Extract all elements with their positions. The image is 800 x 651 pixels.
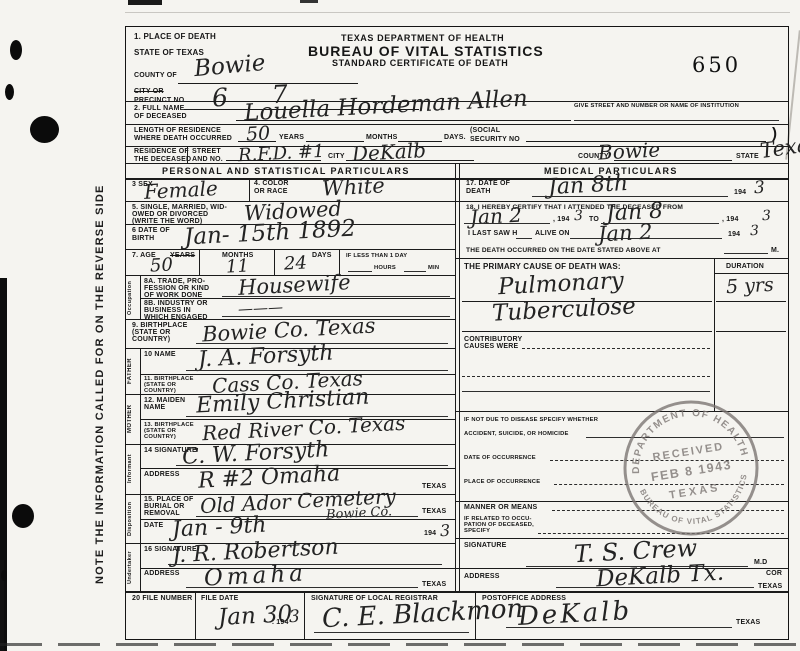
- scan-top-mark: [128, 0, 162, 5]
- length-label-2: WHERE DEATH OCCURRED: [134, 135, 232, 143]
- last-saw-year-printed: 194: [728, 231, 740, 239]
- burial-year-printed: 194: [424, 530, 436, 538]
- from-year-printed: , 194: [553, 216, 570, 224]
- cor-label: COR: [766, 570, 782, 578]
- related-label-3: SPECIFY: [464, 528, 490, 535]
- city-or-label: CITY OR: [134, 88, 164, 96]
- county-label: COUNTY OF: [134, 72, 177, 80]
- age-days-value: 24: [283, 252, 307, 274]
- last-saw-year: 3: [750, 223, 760, 239]
- state-value: Texas: [759, 131, 800, 163]
- hole-punch: [12, 504, 34, 528]
- paper-top-edge: [125, 12, 790, 13]
- addr16-texas: TEXAS: [422, 581, 446, 589]
- stamp-texas: TEXAS: [668, 482, 721, 502]
- ssn-label-2: SECURITY NO: [470, 136, 520, 144]
- maiden-label-2: NAME: [144, 404, 165, 412]
- attended-from-value: Jan 2: [469, 203, 522, 230]
- file-date-label: FILE DATE: [201, 595, 238, 603]
- full-name-label-2: OF DECEASED: [134, 113, 187, 121]
- to-year: 3: [762, 208, 772, 224]
- death-certificate-form: 1. PLACE OF DEATH STATE OF TEXAS COUNTY …: [125, 26, 789, 640]
- sex-value: Female: [143, 176, 218, 204]
- duration-label: DURATION: [726, 263, 764, 271]
- received-stamp: DEPARTMENT OF HEALTH BUREAU OF VITAL STA…: [610, 387, 772, 549]
- file-date-year-printed: . 194: [272, 619, 289, 627]
- dod-label-2: DEATH: [466, 188, 491, 196]
- m-label: M.: [771, 247, 779, 255]
- hole-punch: [5, 84, 14, 100]
- certificate-number: 650: [692, 53, 741, 77]
- if-less-label: IF LESS THAN 1 DAY: [346, 253, 407, 260]
- duration-value: 5 yrs: [725, 274, 774, 298]
- dob-label-2: BIRTH: [132, 235, 154, 243]
- physician-signature-label: SIGNATURE: [464, 542, 507, 550]
- hole-punch: [10, 40, 22, 60]
- father-name-label: 10 NAME: [144, 351, 176, 359]
- age-days-label: DAYS: [312, 252, 332, 260]
- reverse-side-note: NOTE THE INFORMATION CALLED FOR ON THE R…: [94, 148, 116, 620]
- age-years-label: YEARS: [170, 252, 195, 260]
- burial-texas: TEXAS: [422, 508, 446, 516]
- date-occurrence-label: DATE OF OCCURRENCE: [464, 455, 536, 462]
- postoffice-texas: TEXAS: [736, 619, 760, 627]
- to-year-printed: , 194: [722, 216, 739, 224]
- mother-bp-label-3: COUNTRY): [144, 434, 176, 441]
- manner-label: MANNER OR MEANS: [464, 504, 537, 512]
- undertaker-vertical-label: Undertaker: [127, 545, 133, 589]
- mother-vertical-label: MOTHER: [127, 399, 133, 439]
- disposition-vertical-label: Disposition: [127, 496, 133, 541]
- last-saw-label-2: ALIVE ON: [535, 230, 570, 238]
- hole-punch: [30, 116, 59, 143]
- if-not-due-label: IF NOT DUE TO DISEASE SPECIFY WHETHER: [464, 417, 598, 424]
- file-date-year: 3: [288, 607, 300, 628]
- occupation-vertical-label: Occupation: [127, 277, 133, 318]
- addr14-texas: TEXAS: [422, 483, 446, 491]
- days-label: DAYS.: [444, 134, 466, 142]
- accident-label: ACCIDENT, SUICIDE, OR HOMICIDE: [464, 431, 569, 438]
- addr16-label: ADDRESS: [144, 570, 180, 578]
- color-label-2: OR RACE: [254, 188, 288, 196]
- institution-note: GIVE STREET AND NUMBER OR NAME OF INSTIT…: [574, 103, 739, 110]
- father-vertical-label: FATHER: [127, 351, 133, 391]
- birthplace-label-3: COUNTRY): [132, 336, 170, 344]
- dob-value: Jan- 15th 1892: [183, 216, 356, 251]
- city-value: DeKalb: [351, 138, 426, 166]
- physician-address-label: ADDRESS: [464, 573, 500, 581]
- place-occurrence-label: PLACE OF OCCURRENCE: [464, 479, 540, 486]
- scan-top-mark: [300, 0, 318, 3]
- hours-label: HOURS: [374, 265, 396, 272]
- from-year: 3: [574, 208, 584, 224]
- state-label: STATE: [736, 153, 759, 161]
- last-saw-label-1: I LAST SAW H: [468, 230, 517, 238]
- dod-year-printed: 194: [734, 189, 746, 197]
- contributory-label-2: CAUSES WERE: [464, 343, 518, 351]
- age-years-value: 50: [149, 254, 173, 276]
- min-label: MIN: [428, 265, 439, 272]
- addr14-label: ADDRESS: [144, 471, 180, 479]
- dod-year: 3: [753, 178, 765, 199]
- ssn-label-1: (SOCIAL: [470, 127, 500, 135]
- burial-date-value: Jan - 9th: [171, 513, 267, 543]
- city-label: CITY: [328, 153, 345, 161]
- md-label: M.D: [754, 559, 767, 567]
- county-value: Bowie: [193, 50, 266, 82]
- file-number-label: 20 FILE NUMBER: [132, 595, 192, 603]
- burial-date-label: DATE: [144, 522, 163, 530]
- death-occurred-label: THE DEATH OCCURRED ON THE DATE STATED AB…: [466, 247, 661, 255]
- standard-title: STANDARD CERTIFICATE OF DEATH: [332, 58, 508, 69]
- hole-punch: [1, 570, 7, 581]
- scan-bottom-edge: [0, 643, 800, 646]
- informant-vertical-label: Informant: [127, 447, 133, 491]
- last-saw-value: Jan 2: [597, 220, 653, 247]
- place-of-death-label: 1. PLACE OF DEATH: [134, 32, 216, 42]
- burial-date-year: 3: [440, 521, 451, 541]
